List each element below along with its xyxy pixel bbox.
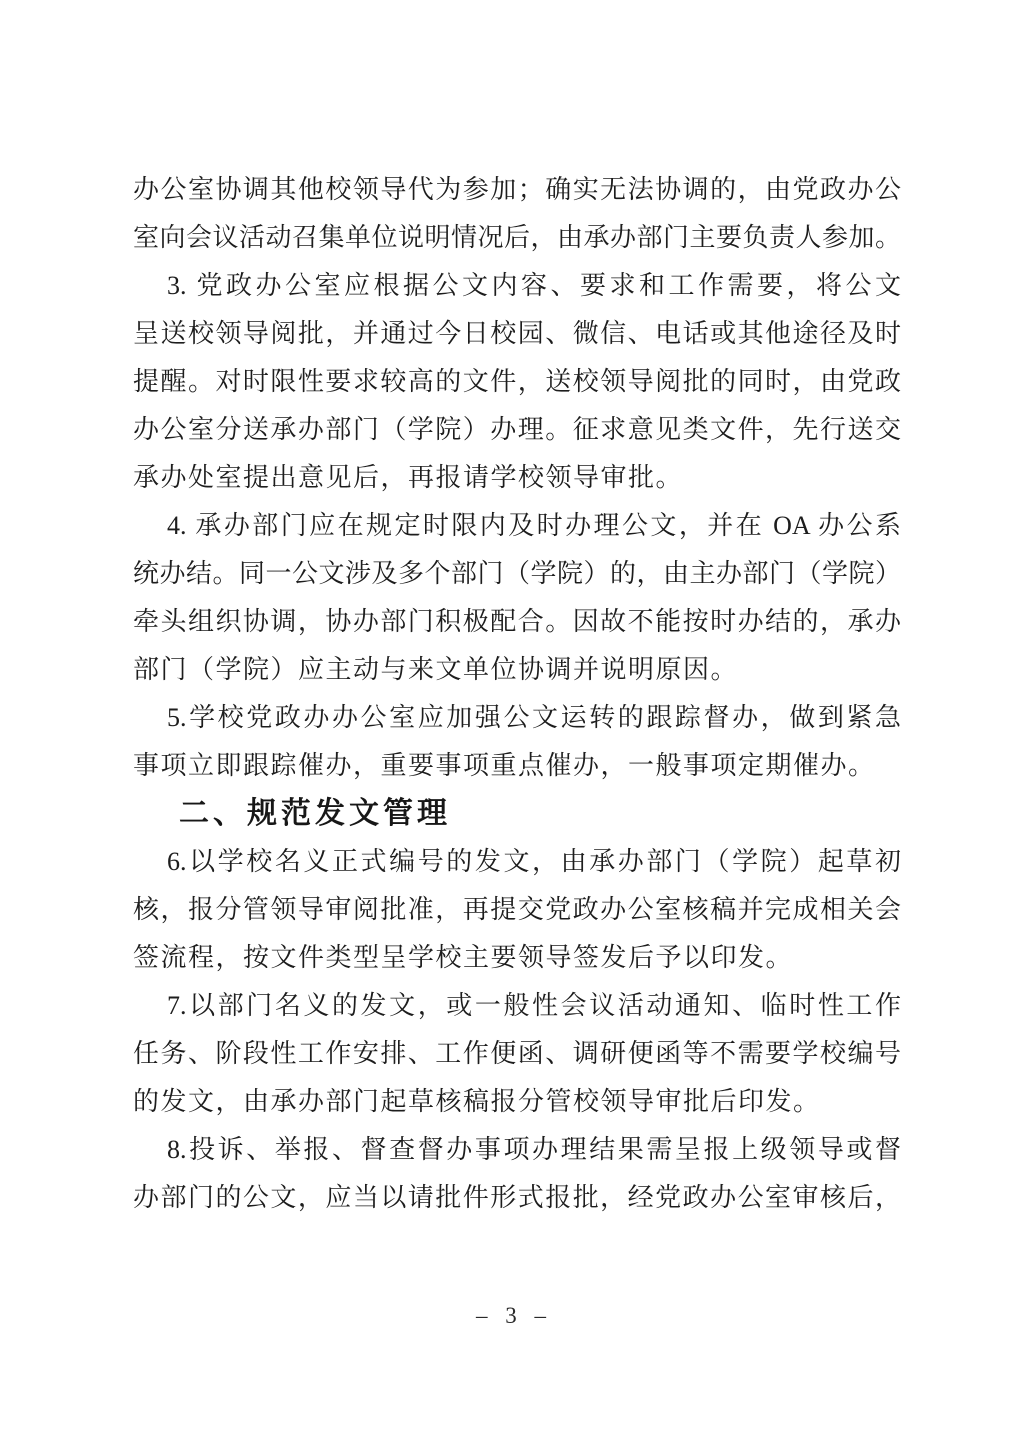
body-line: 呈送校领导阅批，并通过今日校园、微信、电话或其他途径及时 [133,310,901,358]
page-number: – 3 – [0,1303,1024,1329]
body-line: 办公室协调其他校领导代为参加；确实无法协调的，由党政办公 [133,166,901,214]
body-line: 承办处室提出意见后，再报请学校领导审批。 [133,454,901,502]
body-line: 事项立即跟踪催办，重要事项重点催办，一般事项定期催办。 [133,742,901,790]
body-line: 部门（学院）应主动与来文单位协调并说明原因。 [133,646,901,694]
body-line: 的发文，由承办部门起草核稿报分管校领导审批后印发。 [133,1078,901,1126]
body-line-item-3: 3. 党政办公室应根据公文内容、要求和工作需要，将公文 [133,262,901,310]
body-line-item-8: 8.投诉、举报、督查督办事项办理结果需呈报上级领导或督 [133,1126,901,1174]
body-line: 办部门的公文，应当以请批件形式报批，经党政办公室审核后， [133,1174,901,1222]
body-line-item-6: 6.以学校名义正式编号的发文，由承办部门（学院）起草初 [133,838,901,886]
body-line: 办公室分送承办部门（学院）办理。征求意见类文件，先行送交 [133,406,901,454]
body-line-item-4: 4. 承办部门应在规定时限内及时办理公文，并在 OA 办公系 [133,502,901,550]
body-line: 核，报分管领导审阅批准，再提交党政办公室核稿并完成相关会 [133,886,901,934]
body-line: 统办结。同一公文涉及多个部门（学院）的，由主办部门（学院） [133,550,901,598]
document-page: 办公室协调其他校领导代为参加；确实无法协调的，由党政办公 室向会议活动召集单位说… [0,0,1024,1448]
body-line: 牵头组织协调，协办部门积极配合。因故不能按时办结的，承办 [133,598,901,646]
body-line-item-7: 7.以部门名义的发文，或一般性会议活动通知、临时性工作 [133,982,901,1030]
body-line: 签流程，按文件类型呈学校主要领导签发后予以印发。 [133,934,901,982]
body-line: 提醒。对时限性要求较高的文件，送校领导阅批的同时，由党政 [133,358,901,406]
document-body: 办公室协调其他校领导代为参加；确实无法协调的，由党政办公 室向会议活动召集单位说… [133,166,901,1222]
body-line-item-5: 5.学校党政办办公室应加强公文运转的跟踪督办，做到紧急 [133,694,901,742]
section-heading: 二、规范发文管理 [133,790,901,838]
body-line: 室向会议活动召集单位说明情况后，由承办部门主要负责人参加。 [133,214,901,262]
body-line: 任务、阶段性工作安排、工作便函、调研便函等不需要学校编号 [133,1030,901,1078]
